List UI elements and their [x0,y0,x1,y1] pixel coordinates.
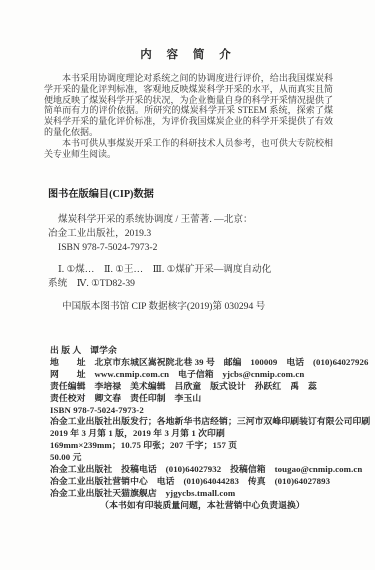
website-line: 网 址 www.cnmip.com.cn 电子信箱 yjcbs@cnmip.co… [50,369,355,381]
format-line: 169mm×239mm；10.75 印张；207 千字；157 页 [50,440,355,452]
isbn-line: ISBN 978-7-5024-7973-2 [50,405,355,417]
proofreader-line: 责任校对 卿文春 责任印制 李玉山 [50,393,355,405]
cip-record-number: 中国版本图书馆 CIP 数据核字(2019)第 030294 号 [48,300,347,314]
colophon-section: 出 版 人 谭学余 地 址 北京市东城区嵩祝院北巷 39 号 邮编 100009… [50,345,355,512]
content-summary-section: 内 容 简 介 本书采用协调度理论对系统之间的协调度进行评价，给出我国煤炭科学开… [44,46,333,159]
marketing-contact-line: 冶金工业出版社营销中心 电话 (010)64044283 传真 (010)640… [50,476,355,488]
cip-isbn: ISBN 978-7-5024-7973-2 [48,241,347,255]
cip-classification-line-2: 系统 Ⅳ. ①TD82-39 [48,277,347,291]
content-summary-title: 内 容 简 介 [44,46,333,62]
book-copyright-page: 内 容 简 介 本书采用协调度理论对系统之间的协调度进行评价，给出我国煤炭科学开… [0,0,375,570]
cip-title-line: 煤炭科学开采的系统协调度 / 王蕾著. —北京： [48,213,347,227]
tmall-store-line: 冶金工业出版社天猫旗舰店 yjgycbs.tmall.com [50,488,355,500]
distribution-line: 冶金工业出版社出版发行；各地新华书店经销；三河市双峰印刷装订有限公司印刷 [50,416,355,428]
cip-classification-line-1: Ⅰ. ①煤… Ⅱ. ①王… Ⅲ. ①煤矿开采—调度自动化 [48,263,347,277]
publisher-person-line: 出 版 人 谭学余 [50,345,355,357]
cip-publisher-line: 冶金工业出版社，2019.3 [48,227,347,241]
price-line: 50.00 元 [50,452,355,464]
cip-heading: 图书在版编目(CIP)数据 [48,185,347,200]
content-summary-paragraph-2: 本书可供从事煤炭开采工作的科研技术人员参考，也可供大专院校相关专业师生阅读。 [44,138,333,160]
address-line: 地 址 北京市东城区嵩祝院北巷 39 号 邮编 100009 电话 (010)6… [50,357,355,369]
quality-notice-line: （本书如有印装质量问题，本社营销中心负责退换） [50,500,355,512]
edition-line: 2019 年 3 月第 1 版，2019 年 3 月第 1 次印刷 [50,428,355,440]
cip-data-section: 图书在版编目(CIP)数据 煤炭科学开采的系统协调度 / 王蕾著. —北京： 冶… [48,185,347,314]
editors-line: 责任编辑 李培禄 美术编辑 吕欣童 版式设计 孙跃红 禹 蕊 [50,381,355,393]
content-summary-paragraph-1: 本书采用协调度理论对系统之间的协调度进行评价，给出我国煤炭科学开采的量化评判标准… [44,73,333,138]
submission-contact-line: 冶金工业出版社 投稿电话 (010)64027932 投稿信箱 tougao@c… [50,464,355,476]
